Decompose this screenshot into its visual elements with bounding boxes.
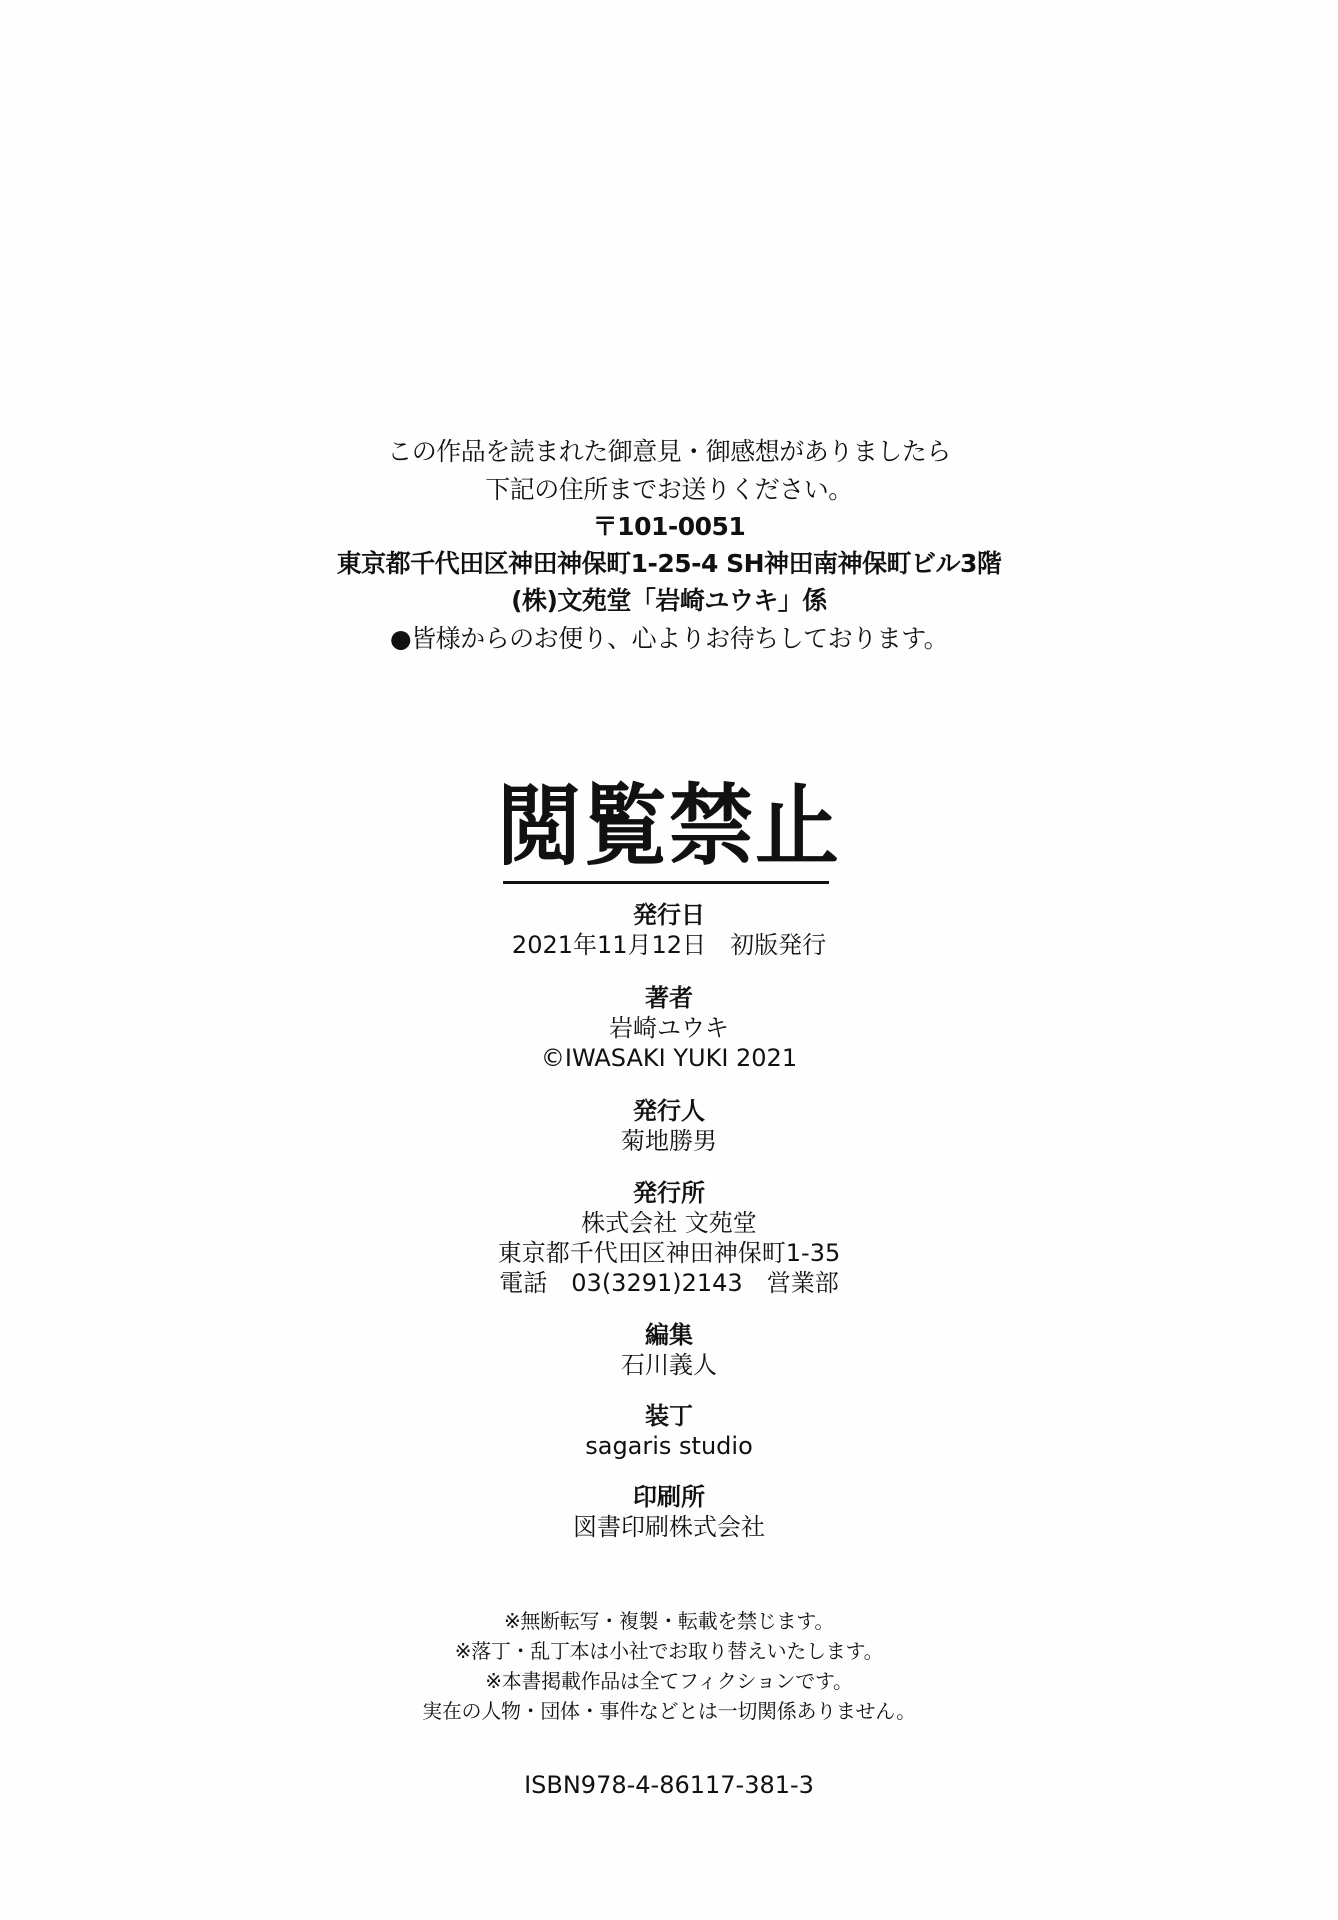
publisher-company-label: 発行所 xyxy=(0,1178,1338,1208)
postal-code: 〒101-0051 xyxy=(0,508,1338,546)
publisher-person-label: 発行人 xyxy=(0,1096,1338,1126)
notice-line: ※落丁・乱丁本は小社でお取り替えいたします。 xyxy=(0,1636,1338,1666)
printer-value: 図書印刷株式会社 xyxy=(0,1512,1338,1542)
mailing-address: 東京都千代田区神田神保町1-25-4 SH神田南神保町ビル3階 xyxy=(0,545,1338,583)
notice-line: ※本書掲載作品は全てフィクションです。 xyxy=(0,1666,1338,1696)
colophon-page: この作品を読まれた御意見・御感想がありましたら 下記の住所までお送りください。 … xyxy=(0,0,1338,1920)
design-value: sagaris studio xyxy=(0,1431,1338,1461)
editor-value: 石川義人 xyxy=(0,1350,1338,1380)
book-title: 閲覧禁止 xyxy=(0,776,1338,877)
issue-date-value: 2021年11月12日 初版発行 xyxy=(0,930,1338,960)
publisher-company-phone: 電話 03(3291)2143 営業部 xyxy=(0,1268,1338,1298)
publisher-company-name: 株式会社 文苑堂 xyxy=(0,1208,1338,1238)
author-label: 著者 xyxy=(0,983,1338,1013)
notice-line: ※無断転写・複製・転載を禁じます。 xyxy=(0,1606,1338,1636)
mail-recipient: (株)文苑堂「岩崎ユウキ」係 xyxy=(0,582,1338,620)
notice-line: 実在の人物・団体・事件などとは一切関係ありません。 xyxy=(0,1696,1338,1726)
issue-date-label: 発行日 xyxy=(0,900,1338,930)
design-label: 装丁 xyxy=(0,1401,1338,1431)
publisher-company-address: 東京都千代田区神田神保町1-35 xyxy=(0,1238,1338,1268)
letter-line-1: この作品を読まれた御意見・御感想がありましたら xyxy=(0,433,1338,471)
printer-label: 印刷所 xyxy=(0,1482,1338,1512)
editor-label: 編集 xyxy=(0,1320,1338,1350)
author-copyright: ©IWASAKI YUKI 2021 xyxy=(0,1043,1338,1073)
title-underline xyxy=(503,881,829,884)
letter-line-2: 下記の住所までお送りください。 xyxy=(0,471,1338,509)
isbn: ISBN978-4-86117-381-3 xyxy=(0,1770,1338,1800)
letter-closing: ●皆様からのお便り、心よりお待ちしております。 xyxy=(0,620,1338,658)
author-name: 岩崎ユウキ xyxy=(0,1013,1338,1043)
publisher-person-value: 菊地勝男 xyxy=(0,1126,1338,1156)
